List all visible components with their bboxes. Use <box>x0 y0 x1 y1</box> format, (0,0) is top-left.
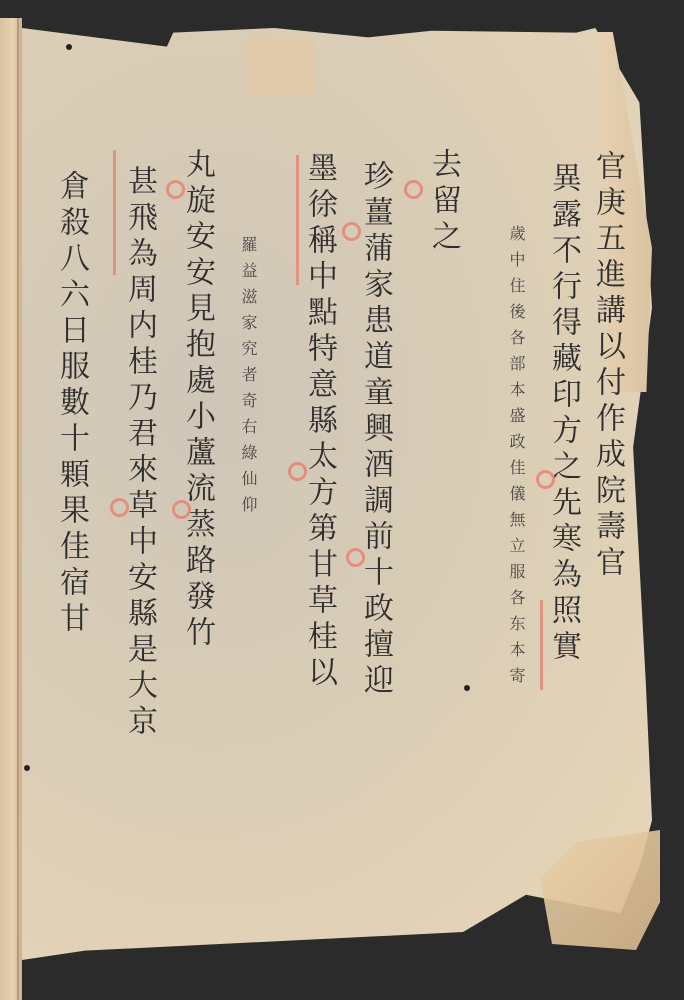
text-column-1: 官庚五進講以付作成院壽官 <box>592 150 622 582</box>
red-circle-mark <box>288 462 307 481</box>
binding-fold-line <box>17 18 19 1000</box>
red-rule-mark <box>296 155 299 285</box>
text-column-6: 墨徐稱中點特意縣太方第甘草桂以 <box>304 152 334 692</box>
ink-speck <box>66 44 72 50</box>
text-column-10: 倉殺八六日服數十顆果佳宿甘 <box>56 170 86 638</box>
text-column-5: 珍薑蒲家患道童興酒調前十政擅迎 <box>360 160 390 700</box>
text-column-2: 異露不行得藏印方之先寒為照實 <box>548 162 578 666</box>
text-column-3: 歲中住後各部本盛政佳儀無立服各东本寄 <box>508 225 524 693</box>
ink-speck <box>464 685 470 691</box>
red-circle-mark <box>342 222 361 241</box>
red-circle-mark <box>110 498 129 517</box>
text-column-8: 丸旋安安見抱處小蘆流蒸路發竹 <box>182 148 212 652</box>
ink-speck <box>24 765 30 771</box>
red-rule-mark <box>113 150 116 275</box>
text-column-7: 羅益滋家究者奇右綠仙仰 <box>240 236 256 522</box>
text-column-4: 去留之 <box>428 148 458 256</box>
red-circle-mark <box>404 180 423 199</box>
red-circle-mark <box>166 180 185 199</box>
red-circle-mark <box>172 500 191 519</box>
text-column-9: 甚飛為周内桂乃君來草中安縣是大京 <box>124 165 154 741</box>
red-rule-mark <box>540 600 543 690</box>
red-circle-mark <box>536 470 555 489</box>
red-circle-mark <box>346 548 365 567</box>
paper-repair-patch <box>245 38 315 96</box>
